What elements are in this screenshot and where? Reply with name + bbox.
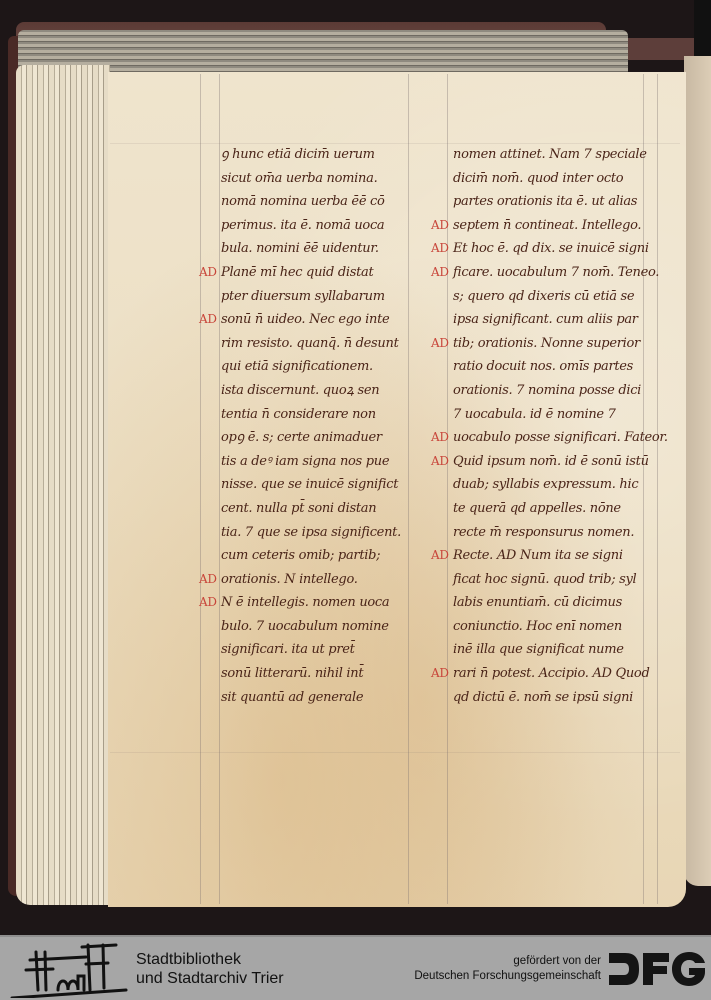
line-text: bula. nomini ēē uidentur. <box>221 241 379 256</box>
manuscript-scan: ꝯ hunc etiā dicim̄ uerum sicut om̄a uerb… <box>0 0 711 935</box>
text-line: dicim̄ nom̄. quod inter octo <box>453 167 658 191</box>
text-line: sicut om̄a uerba nomina. <box>221 167 433 191</box>
text-line: ficat hoc signū. quod trib; syl <box>453 568 658 592</box>
line-text: orationis. 7 nomina posse dici <box>453 383 641 398</box>
rubric-marker: AD <box>431 544 449 568</box>
background-corner <box>694 0 711 56</box>
line-text: tis a deꝰ iam signa nos pue <box>221 454 389 469</box>
text-line: significari. ita ut pret̄ <box>221 638 433 662</box>
text-line: ADrari n̄ potest. Accipio. AD Quod <box>453 662 658 686</box>
text-line: nisse. que se inuicē significt <box>221 473 433 497</box>
line-text: Quid ipsum nom̄. id ē sonū istū <box>453 454 649 469</box>
text-line: qui etiā significationem. <box>221 355 433 379</box>
line-text: tib; orationis. Nonne superior <box>453 336 640 351</box>
line-text: orationis. N intellego. <box>221 572 358 587</box>
text-line: ꝯ hunc etiā dicim̄ uerum <box>221 143 433 167</box>
line-text: rim resisto. quanq̄. n̄ desunt <box>221 336 399 351</box>
ruling-line <box>110 752 680 753</box>
line-text: uocabulo posse significari. Fateor. <box>453 430 668 445</box>
rubric-marker: AD <box>199 261 217 285</box>
line-text: nomā nomina uerba ēē cō <box>221 194 385 209</box>
text-line: ADorationis. N intellego. <box>221 568 433 592</box>
stadtbibliothek-trier-logo-icon <box>8 940 128 998</box>
text-line: cent. nulla pt̄ soni distan <box>221 497 433 521</box>
rubric-marker: AD <box>431 426 449 450</box>
text-line: labis enuntiam̄. cū dicimus <box>453 591 658 615</box>
text-line: partes orationis ita ē. ut alias <box>453 190 658 214</box>
line-text: inē illa que significat nume <box>453 642 624 657</box>
line-text: s; quero qd dixeris cū etiā se <box>453 289 634 304</box>
text-line: pter diuersum syllabarum <box>221 285 433 309</box>
line-text: ficat hoc signū. quod trib; syl <box>453 572 636 587</box>
funder-line1: gefördert von der <box>414 954 601 969</box>
text-line: nomā nomina uerba ēē cō <box>221 190 433 214</box>
text-line: bula. nomini ēē uidentur. <box>221 237 433 261</box>
line-text: labis enuntiam̄. cū dicimus <box>453 595 622 610</box>
line-text: nomen attinet. Nam 7 speciale <box>453 147 647 162</box>
ruling-line <box>219 74 220 904</box>
line-text: ista discernunt. quoꝝ sen <box>221 383 379 398</box>
line-text: sonū n̄ uideo. Nec ego inte <box>221 312 389 327</box>
funder-line2: Deutschen Forschungsgemeinschaft <box>414 969 601 984</box>
line-text: sonū litterarū. nihil int̄ <box>221 666 363 681</box>
library-name-line1: Stadtbibliothek <box>136 950 284 969</box>
text-line: duab; syllabis expressum. hic <box>453 473 658 497</box>
line-text: pter diuersum syllabarum <box>221 289 385 304</box>
text-line: cum ceteris omib; partib; <box>221 544 433 568</box>
text-line: te querā qd appelles. nōne <box>453 497 658 521</box>
line-text: recte m̄ responsurus nomen. <box>453 525 634 540</box>
text-line: tentia n̄ considerare non <box>221 403 433 427</box>
line-text: sit quantū ad generale <box>221 690 363 705</box>
text-line: ADficare. uocabulum 7 nom̄. Teneo. <box>453 261 658 285</box>
text-line: tis a deꝰ iam signa nos pue <box>221 450 433 474</box>
line-text: duab; syllabis expressum. hic <box>453 477 638 492</box>
line-text: ratio docuit nos. omīs partes <box>453 359 633 374</box>
text-line: ista discernunt. quoꝝ sen <box>221 379 433 403</box>
line-text: qd dictū ē. nom̄ se ipsū signi <box>453 690 633 705</box>
text-line: recte m̄ responsurus nomen. <box>453 521 658 545</box>
text-line: coniunctio. Hoc enī nomen <box>453 615 658 639</box>
line-text: significari. ita ut pret̄ <box>221 642 355 657</box>
text-line: ADEt hoc ē. qd dix. se inuicē signi <box>453 237 658 261</box>
rubric-marker: AD <box>431 332 449 356</box>
text-line: ADseptem n̄ contineat. Intellego. <box>453 214 658 238</box>
text-line: s; quero qd dixeris cū etiā se <box>453 285 658 309</box>
line-text: opꝯ ē. s; certe animaduer <box>221 430 382 445</box>
text-line: inē illa que significat nume <box>453 638 658 662</box>
text-line: opꝯ ē. s; certe animaduer <box>221 426 433 450</box>
text-line: nomen attinet. Nam 7 speciale <box>453 143 658 167</box>
line-text: tia. 7 que se ipsa significent. <box>221 525 401 540</box>
footer-banner: Stadtbibliothek und Stadtarchiv Trier ge… <box>0 935 711 1000</box>
text-line: ipsa significant. cum aliis par <box>453 308 658 332</box>
rubric-marker: AD <box>199 568 217 592</box>
ruling-line <box>200 74 201 904</box>
text-line: perimus. ita ē. nomā uoca <box>221 214 433 238</box>
rubric-marker: AD <box>431 237 449 261</box>
facing-page-edge <box>684 56 711 886</box>
text-line: ADPlanē mī hec quid distat <box>221 261 433 285</box>
text-line: sonū litterarū. nihil int̄ <box>221 662 433 686</box>
rubric-marker: AD <box>431 261 449 285</box>
line-text: Planē mī hec quid distat <box>221 265 373 280</box>
line-text: sicut om̄a uerba nomina. <box>221 171 377 186</box>
line-text: cum ceteris omib; partib; <box>221 548 380 563</box>
text-line: ADuocabulo posse significari. Fateor. <box>453 426 658 450</box>
text-line: tia. 7 que se ipsa significent. <box>221 521 433 545</box>
page-stack-fore-edge <box>16 65 110 905</box>
line-text: Recte. AD Num ita se signi <box>453 548 623 563</box>
line-text: dicim̄ nom̄. quod inter octo <box>453 171 623 186</box>
library-name-line2: und Stadtarchiv Trier <box>136 969 284 988</box>
dfg-logo-icon <box>607 949 707 989</box>
library-name: Stadtbibliothek und Stadtarchiv Trier <box>136 950 284 988</box>
line-text: septem n̄ contineat. Intellego. <box>453 218 641 233</box>
line-text: bulo. 7 uocabulum nomine <box>221 619 389 634</box>
line-text: qui etiā significationem. <box>221 359 373 374</box>
line-text: te querā qd appelles. nōne <box>453 501 621 516</box>
line-text: nisse. que se inuicē significt <box>221 477 398 492</box>
line-text: coniunctio. Hoc enī nomen <box>453 619 622 634</box>
line-text: tentia n̄ considerare non <box>221 407 376 422</box>
text-line: bulo. 7 uocabulum nomine <box>221 615 433 639</box>
line-text: rari n̄ potest. Accipio. AD Quod <box>453 666 649 681</box>
text-line: rim resisto. quanq̄. n̄ desunt <box>221 332 433 356</box>
line-text: Et hoc ē. qd dix. se inuicē signi <box>453 241 649 256</box>
text-line: ADtib; orationis. Nonne superior <box>453 332 658 356</box>
line-text: ficare. uocabulum 7 nom̄. Teneo. <box>453 265 659 280</box>
rubric-marker: AD <box>431 214 449 238</box>
text-line: 7 uocabula. id ē nomine 7 <box>453 403 658 427</box>
text-line: qd dictū ē. nom̄ se ipsū signi <box>453 686 658 710</box>
rubric-marker: AD <box>431 450 449 474</box>
line-text: ꝯ hunc etiā dicim̄ uerum <box>221 147 375 162</box>
text-line: ADsonū n̄ uideo. Nec ego inte <box>221 308 433 332</box>
line-text: partes orationis ita ē. ut alias <box>453 194 637 209</box>
ruling-line <box>447 74 448 904</box>
text-column-left: ꝯ hunc etiā dicim̄ uerum sicut om̄a uerb… <box>221 143 433 709</box>
funder-text: gefördert von der Deutschen Forschungsge… <box>414 954 601 984</box>
text-line: ADRecte. AD Num ita se signi <box>453 544 658 568</box>
text-line: orationis. 7 nomina posse dici <box>453 379 658 403</box>
text-column-right: nomen attinet. Nam 7 speciale dicim̄ nom… <box>453 143 658 709</box>
text-line: ratio docuit nos. omīs partes <box>453 355 658 379</box>
text-line: ADQuid ipsum nom̄. id ē sonū istū <box>453 450 658 474</box>
text-line: sit quantū ad generale <box>221 686 433 710</box>
rubric-marker: AD <box>431 662 449 686</box>
rubric-marker: AD <box>199 308 217 332</box>
line-text: perimus. ita ē. nomā uoca <box>221 218 384 233</box>
text-line: ADN ē̄ intellegis. nomen uoca <box>221 591 433 615</box>
line-text: ipsa significant. cum aliis par <box>453 312 638 327</box>
line-text: N ē̄ intellegis. nomen uoca <box>221 595 389 610</box>
rubric-marker: AD <box>199 591 217 615</box>
line-text: cent. nulla pt̄ soni distan <box>221 501 376 516</box>
line-text: 7 uocabula. id ē nomine 7 <box>453 407 616 422</box>
